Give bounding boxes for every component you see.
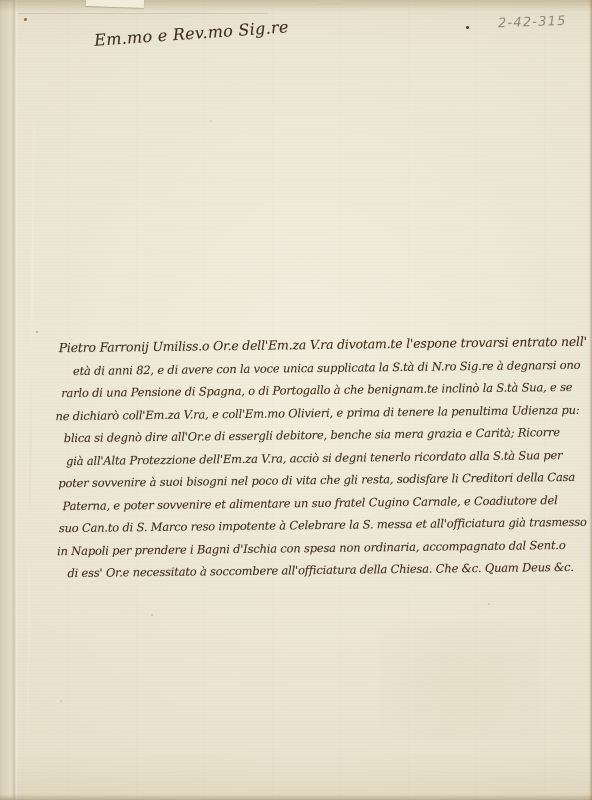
fold-crease — [14, 0, 18, 800]
foxing-spot — [36, 331, 38, 333]
foxing-spot — [24, 18, 27, 21]
foxing-spot — [210, 120, 212, 122]
document-page: 2-42-315 Em.mo e Rev.mo Sig.re Pietro Fa… — [0, 0, 592, 800]
foxing-spot — [60, 700, 62, 702]
faint-vertical-crease — [26, 60, 35, 760]
left-fold-strip — [0, 0, 14, 800]
manuscript-body: Pietro Farronij Umiliss.o Or.e dell'Em.z… — [55, 331, 584, 585]
foxing-spot — [151, 614, 153, 616]
deckle-shadow-line — [18, 13, 268, 14]
paper-stain — [380, 620, 540, 740]
paper-edge-bottom — [0, 794, 592, 800]
foxing-spot — [488, 603, 490, 605]
archival-reference-number: 2-42-315 — [498, 14, 567, 31]
salutation-line: Em.mo e Rev.mo Sig.re — [94, 17, 290, 50]
ink-dot — [466, 26, 469, 29]
paper-notch — [318, 0, 342, 5]
